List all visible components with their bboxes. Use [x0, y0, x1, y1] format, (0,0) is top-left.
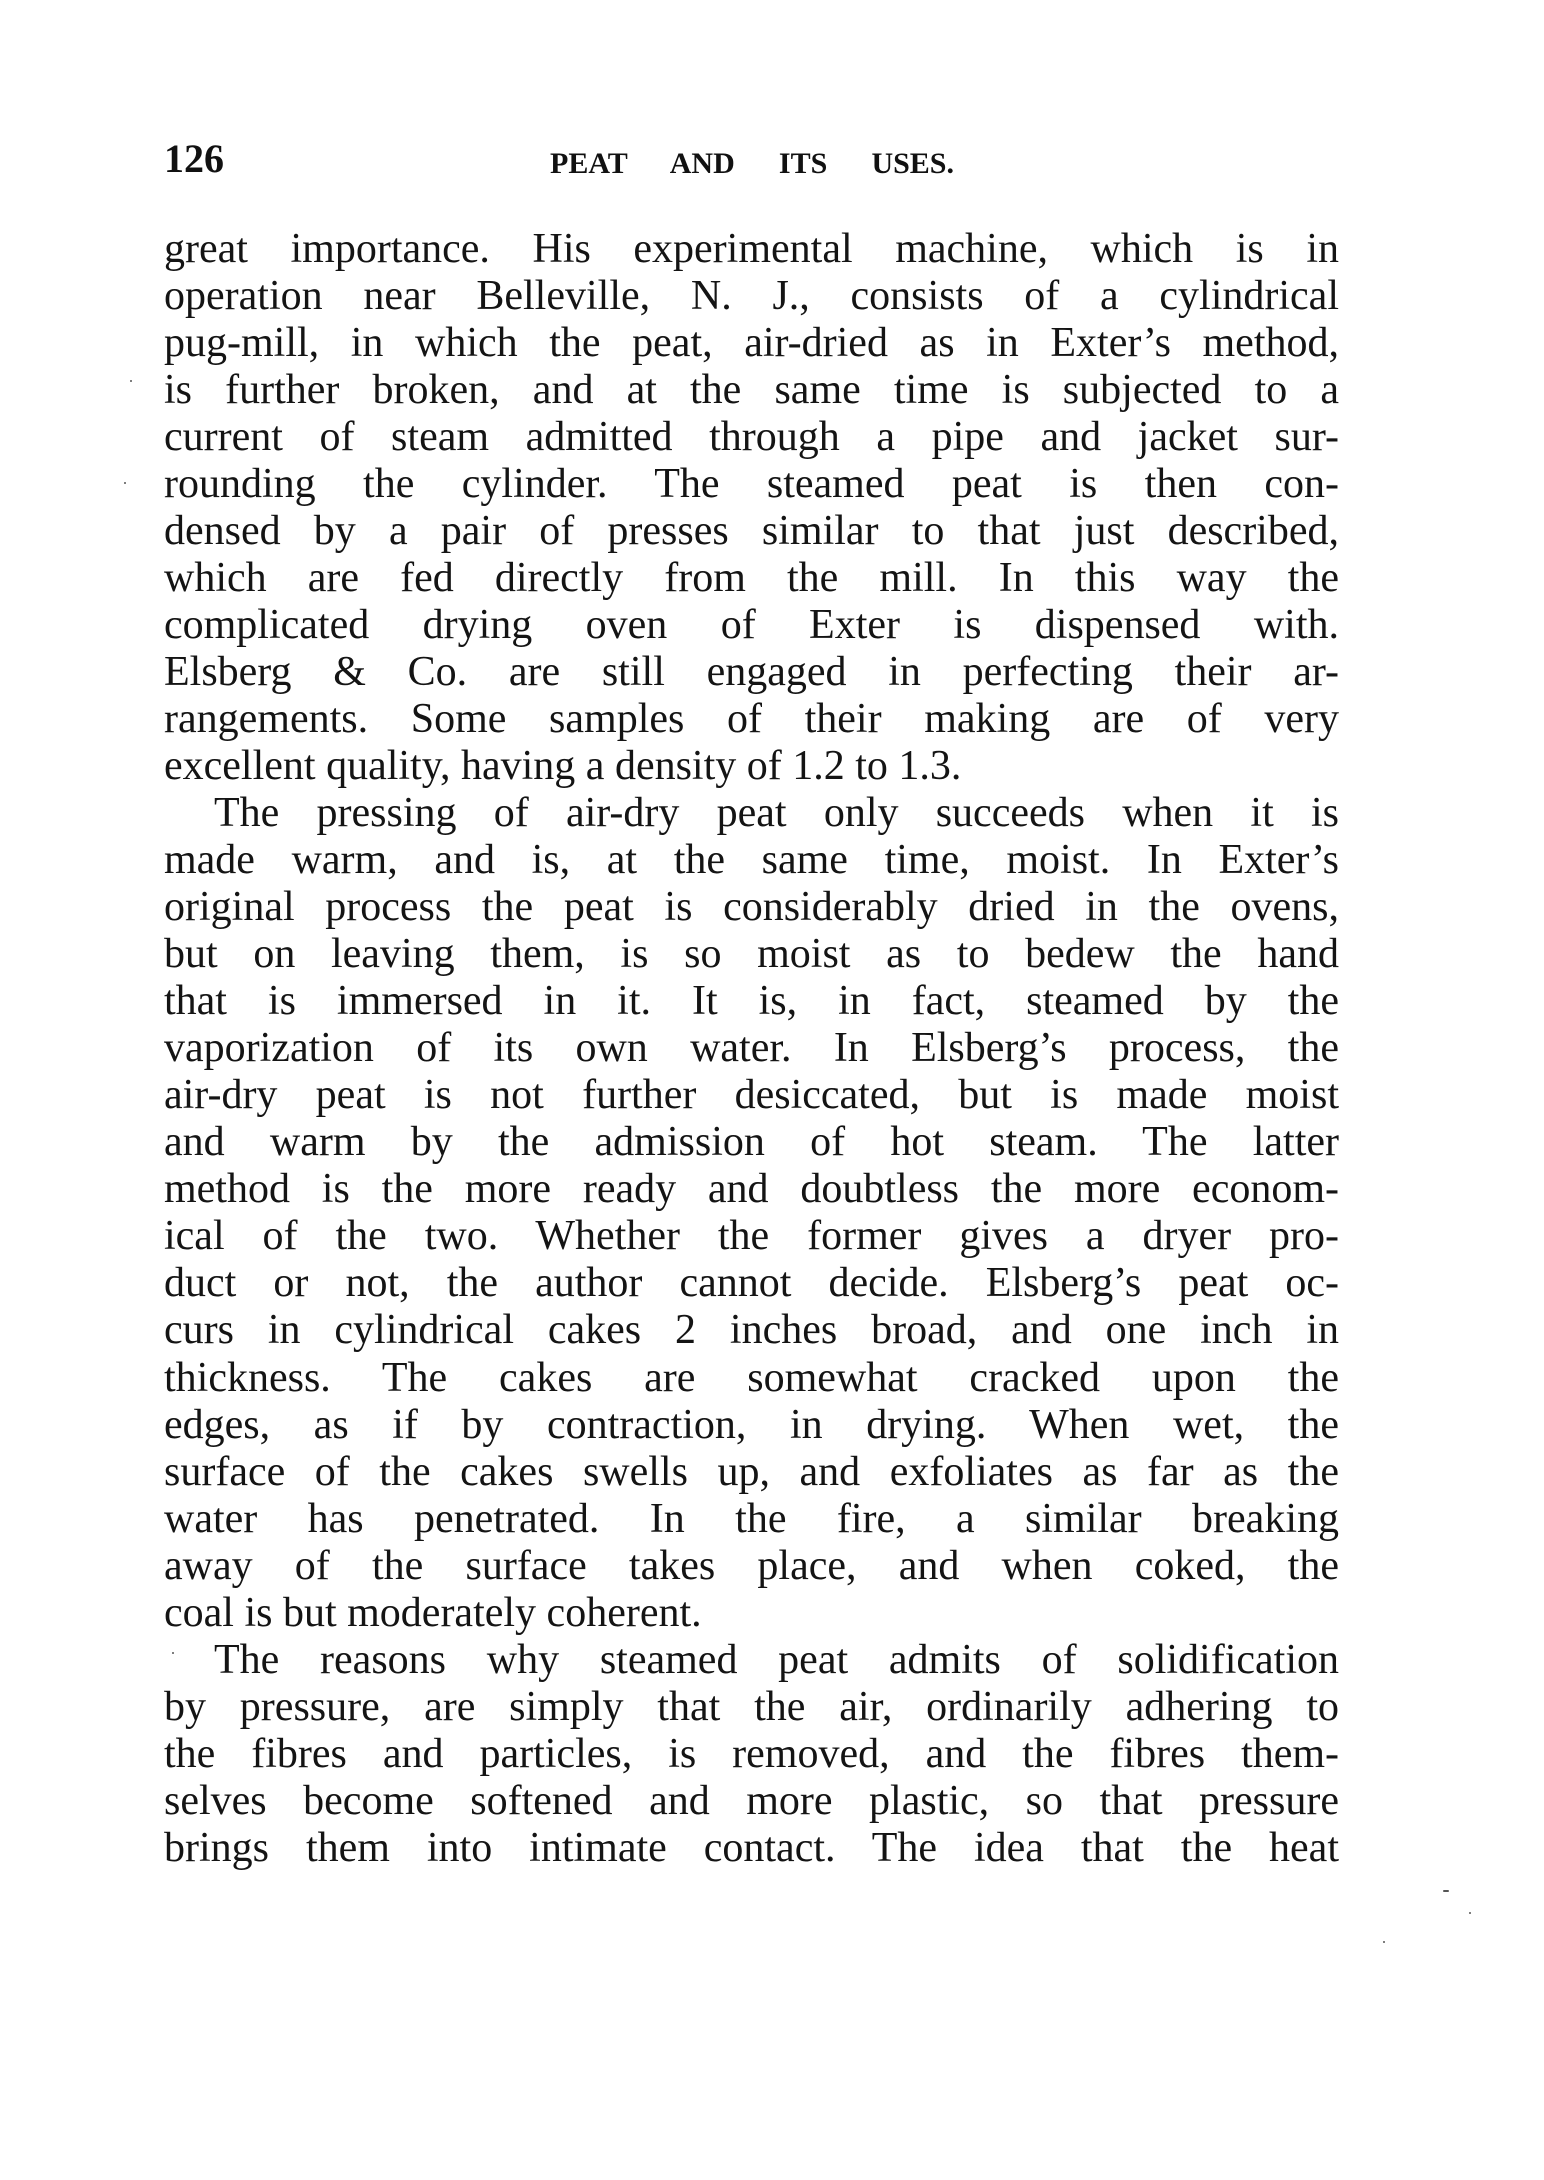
text-line: rounding the cylinder. The steamed peat … — [164, 463, 1339, 505]
text-line: but on leaving them, is so moist as to b… — [164, 933, 1339, 975]
text-line: duct or not, the author cannot decide. E… — [164, 1262, 1339, 1304]
scan-speck — [1469, 1912, 1471, 1914]
text-line: away of the surface takes place, and whe… — [164, 1545, 1339, 1587]
text-line: surface of the cakes swells up, and exfo… — [164, 1451, 1339, 1493]
text-line: made warm, and is, at the same time, moi… — [164, 839, 1339, 881]
text-line: vaporization of its own water. In Elsber… — [164, 1027, 1339, 1069]
text-line: is further broken, and at the same time … — [164, 369, 1339, 411]
text-line: The reasons why steamed peat admits of s… — [214, 1639, 1339, 1681]
text-line: which are fed directly from the mill. In… — [164, 557, 1339, 599]
text-line: The pressing of air-dry peat only succee… — [214, 792, 1339, 834]
text-line: ical of the two. Whether the former give… — [164, 1215, 1339, 1257]
text-line: Elsberg & Co. are still engaged in perfe… — [164, 651, 1339, 693]
text-line: by pressure, are simply that the air, or… — [164, 1686, 1339, 1728]
text-line: rangements. Some samples of their making… — [164, 698, 1339, 740]
text-line: current of steam admitted through a pipe… — [164, 416, 1339, 458]
scan-speck — [130, 380, 132, 382]
text-line: and warm by the admission of hot steam. … — [164, 1121, 1339, 1163]
text-line: air-dry peat is not further desiccated, … — [164, 1074, 1339, 1116]
text-line: water has penetrated. In the fire, a sim… — [164, 1498, 1339, 1540]
text-line: operation near Belleville, N. J., consis… — [164, 275, 1339, 317]
running-head-title: PEAT AND ITS USES. — [550, 148, 954, 180]
scan-speck — [1383, 1941, 1385, 1943]
text-line: pug-mill, in which the peat, air-dried a… — [164, 322, 1339, 364]
text-line: brings them into intimate contact. The i… — [164, 1827, 1339, 1869]
text-line: that is immersed in it. It is, in fact, … — [164, 980, 1339, 1022]
text-line: complicated drying oven of Exter is disp… — [164, 604, 1339, 646]
text-line: the fibres and particles, is removed, an… — [164, 1733, 1339, 1775]
text-line: original process the peat is considerabl… — [164, 886, 1339, 928]
text-line: thickness. The cakes are somewhat cracke… — [164, 1357, 1339, 1399]
text-line: edges, as if by contraction, in drying. … — [164, 1404, 1339, 1446]
scan-speck — [124, 482, 126, 484]
scan-speck — [172, 1652, 174, 1654]
text-line: method is the more ready and doubtless t… — [164, 1168, 1339, 1210]
text-line: excellent quality, having a density of 1… — [164, 745, 1339, 787]
page-number: 126 — [164, 139, 224, 179]
book-page: 126 PEAT AND ITS USES. great importance.… — [0, 0, 1544, 2180]
text-line: curs in cylindrical cakes 2 inches broad… — [164, 1309, 1339, 1351]
scan-speck — [1443, 1890, 1449, 1892]
text-line: selves become softened and more plastic,… — [164, 1780, 1339, 1822]
text-line: densed by a pair of presses similar to t… — [164, 510, 1339, 552]
text-line: coal is but moderately coherent. — [164, 1592, 1339, 1634]
text-line: great importance. His experimental machi… — [164, 228, 1339, 270]
